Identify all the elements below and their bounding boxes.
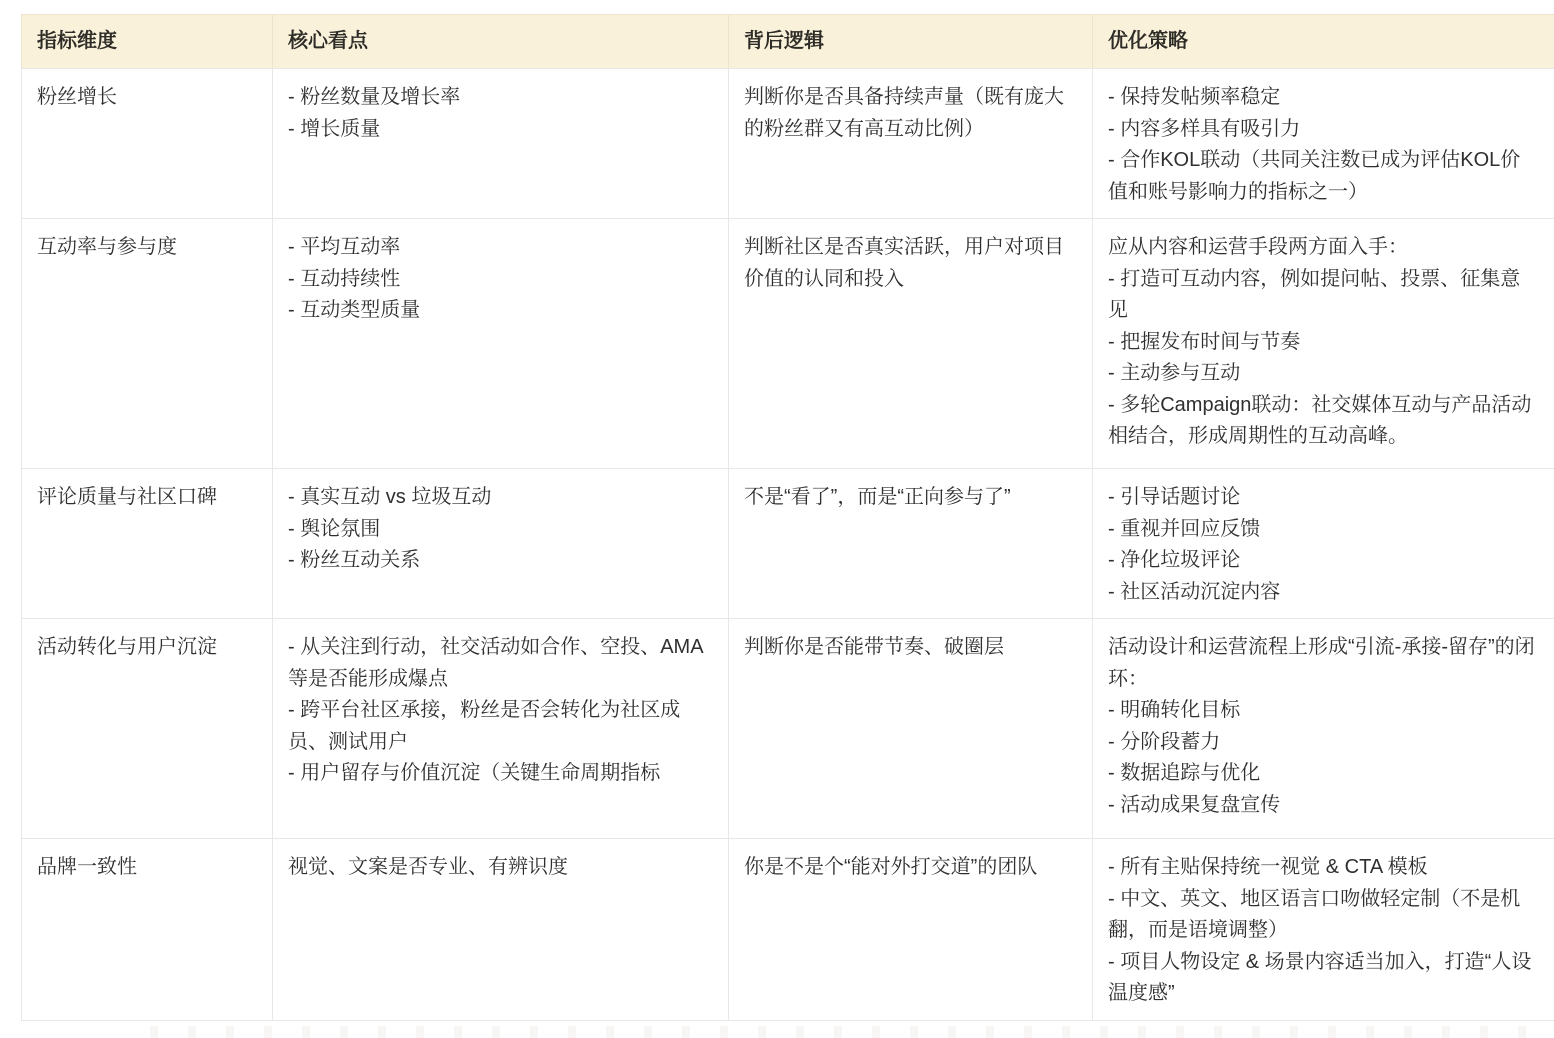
cell-logic: 判断你是否能带节奏、破圈层: [729, 619, 1093, 839]
table-row: 品牌一致性 视觉、文案是否专业、有辨识度 你是不是个“能对外打交道”的团队 - …: [22, 839, 1554, 1021]
table-row: 粉丝增长 - 粉丝数量及增长率 - 增长质量 判断你是否具备持续声量（既有庞大的…: [22, 69, 1554, 219]
cell-dimension: 互动率与参与度: [22, 219, 273, 469]
table-row: 互动率与参与度 - 平均互动率 - 互动持续性 - 互动类型质量 判断社区是否真…: [22, 219, 1554, 469]
cell-highlights: - 粉丝数量及增长率 - 增长质量: [273, 69, 729, 219]
page: 指标维度 核心看点 背后逻辑 优化策略 粉丝增长 - 粉丝数量及增长率 - 增长…: [0, 0, 1554, 1038]
cell-dimension: 粉丝增长: [22, 69, 273, 219]
cell-dimension: 评论质量与社区口碑: [22, 469, 273, 619]
cell-strategy: - 保持发帖频率稳定 - 内容多样具有吸引力 - 合作KOL联动（共同关注数已成…: [1093, 69, 1554, 219]
cell-dimension: 活动转化与用户沉淀: [22, 619, 273, 839]
cell-strategy: - 引导话题讨论 - 重视并回应反馈 - 净化垃圾评论 - 社区活动沉淀内容: [1093, 469, 1554, 619]
cell-highlights: - 真实互动 vs 垃圾互动 - 舆论氛围 - 粉丝互动关系: [273, 469, 729, 619]
col-header-logic: 背后逻辑: [729, 15, 1093, 69]
cutoff-content-hint: [120, 1026, 1540, 1038]
cell-strategy: 活动设计和运营流程上形成“引流-承接-留存”的闭环： - 明确转化目标 - 分阶…: [1093, 619, 1554, 839]
col-header-dimension: 指标维度: [22, 15, 273, 69]
cell-logic: 不是“看了”，而是“正向参与了”: [729, 469, 1093, 619]
cell-strategy: 应从内容和运营手段两方面入手： - 打造可互动内容，例如提问帖、投票、征集意见 …: [1093, 219, 1554, 469]
cell-logic: 你是不是个“能对外打交道”的团队: [729, 839, 1093, 1021]
cell-dimension: 品牌一致性: [22, 839, 273, 1021]
col-header-strategy: 优化策略: [1093, 15, 1554, 69]
cell-highlights: - 从关注到行动，社交活动如合作、空投、AMA等是否能形成爆点 - 跨平台社区承…: [273, 619, 729, 839]
cell-logic: 判断你是否具备持续声量（既有庞大的粉丝群又有高互动比例）: [729, 69, 1093, 219]
col-header-highlights: 核心看点: [273, 15, 729, 69]
cell-strategy: - 所有主贴保持统一视觉 & CTA 模板 - 中文、英文、地区语言口吻做轻定制…: [1093, 839, 1554, 1021]
cell-highlights: - 平均互动率 - 互动持续性 - 互动类型质量: [273, 219, 729, 469]
table-header-row: 指标维度 核心看点 背后逻辑 优化策略: [22, 15, 1554, 69]
cell-logic: 判断社区是否真实活跃，用户对项目价值的认同和投入: [729, 219, 1093, 469]
cell-highlights: 视觉、文案是否专业、有辨识度: [273, 839, 729, 1021]
table-row: 评论质量与社区口碑 - 真实互动 vs 垃圾互动 - 舆论氛围 - 粉丝互动关系…: [22, 469, 1554, 619]
table-row: 活动转化与用户沉淀 - 从关注到行动，社交活动如合作、空投、AMA等是否能形成爆…: [22, 619, 1554, 839]
social-metrics-table: 指标维度 核心看点 背后逻辑 优化策略 粉丝增长 - 粉丝数量及增长率 - 增长…: [21, 14, 1554, 1021]
